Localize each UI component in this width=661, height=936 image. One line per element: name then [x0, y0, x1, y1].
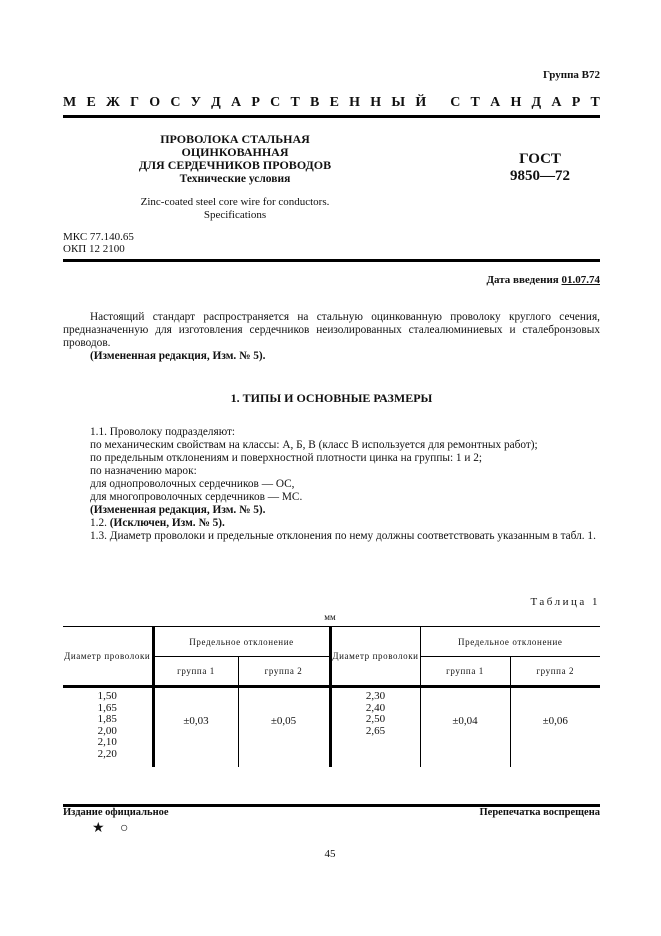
- table-units: мм: [300, 612, 360, 622]
- effective-date-label: Дата введения: [486, 274, 561, 286]
- heading-letter: Т: [290, 95, 299, 111]
- gost-label: ГОСТ: [480, 151, 600, 168]
- title-line-1: ПРОВОЛОКА СТАЛЬНАЯ ОЦИНКОВАННАЯ: [110, 133, 360, 159]
- okp-code: ОКП 12 2100: [63, 243, 134, 255]
- clause-1-2: 1.2. (Исключен, Изм. № 5).: [90, 517, 225, 530]
- heading-letter: О: [149, 95, 160, 111]
- heading-letter: [436, 95, 440, 111]
- heading-letter: М: [63, 95, 76, 111]
- heading-letter: Н: [510, 95, 521, 111]
- gost-number: 9850—72: [480, 168, 600, 185]
- heading-letter: Р: [572, 95, 581, 111]
- heading-letter: С: [450, 95, 460, 111]
- page-number: 45: [300, 848, 360, 860]
- title-block-rule: [63, 259, 600, 262]
- cell-g1-left: ±0,03: [153, 687, 238, 767]
- effective-date: Дата введения 01.07.74: [300, 274, 600, 286]
- effective-date-value: 01.07.74: [562, 274, 601, 286]
- classification-codes: МКС 77.140.65 ОКП 12 2100: [63, 231, 134, 255]
- header-group1-left: группа 1: [153, 657, 238, 687]
- group-code: Группа В72: [0, 69, 600, 81]
- heading-letter: А: [551, 95, 561, 111]
- official-edition: Издание официальное: [63, 807, 169, 818]
- heading-letter: Т: [471, 95, 480, 111]
- heading-letter: Ы: [391, 95, 405, 111]
- header-rule: [63, 115, 600, 118]
- reprint-prohibited: Перепечатка воспрещена: [300, 807, 600, 818]
- table-caption: Таблица 1: [300, 596, 600, 608]
- header-deviation-left: Предельное отклонение: [153, 627, 330, 657]
- star-circle-icon: ★ ○: [92, 820, 135, 837]
- section-heading: 1. ТИПЫ И ОСНОВНЫЕ РАЗМЕРЫ: [63, 391, 600, 406]
- cell-g2-left: ±0,05: [238, 687, 330, 767]
- heading-letter: Ж: [106, 95, 120, 111]
- intro-amendment: (Измененная редакция, Изм. № 5).: [90, 350, 265, 363]
- clause-1-1-ms: для многопроволочных сердечников — МС.: [90, 491, 302, 504]
- cell-diameters-left: 1,50 1,65 1,85 2,00 2,10 2,20: [63, 687, 153, 767]
- english-title-line-2: Specifications: [110, 209, 360, 222]
- english-title-line-1: Zinc-coated steel core wire for conducto…: [110, 196, 360, 209]
- heading-letter: Г: [130, 95, 139, 111]
- heading-letter: Д: [532, 95, 542, 111]
- clause-1-1-groups: по предельным отклонениям и поверхностно…: [90, 452, 482, 465]
- mks-code: МКС 77.140.65: [63, 231, 134, 243]
- heading-letter: А: [231, 95, 241, 111]
- header-diameter-right: Диаметр проволоки: [330, 627, 420, 687]
- table-row: 1,50 1,65 1,85 2,00 2,10 2,20 ±0,03 ±0,0…: [63, 687, 600, 767]
- heading-letter: Н: [349, 95, 360, 111]
- clause-1-3: 1.3. Диаметр проволоки и предельные откл…: [63, 530, 600, 543]
- heading-letter: Д: [211, 95, 221, 111]
- title-line-2: ДЛЯ СЕРДЕЧНИКОВ ПРОВОДОВ: [110, 159, 360, 172]
- clause-1-1-amendment: (Измененная редакция, Изм. № 5).: [90, 504, 265, 517]
- heading-letter: В: [310, 95, 319, 111]
- clause-1-1-classes: по механическим свойствам на классы: А, …: [90, 439, 538, 452]
- heading-letter: У: [191, 95, 201, 111]
- header-group2-right: группа 2: [510, 657, 600, 687]
- clause-1-1-os: для однопроволочных сердечников — ОС,: [90, 478, 294, 491]
- gost-designation: ГОСТ 9850—72: [480, 151, 600, 185]
- table-1: Диаметр проволоки Предельное отклонение …: [63, 626, 600, 767]
- intro-paragraph: Настоящий стандарт распространяется на с…: [63, 311, 600, 350]
- heading-letter: Т: [591, 95, 600, 111]
- cell-g2-right: ±0,06: [510, 687, 600, 767]
- interstate-standard-heading: МЕЖГОСУДАРСТВЕННЫЙ СТАНДАРТ: [63, 95, 600, 111]
- clause-1-2-text: (Исключен, Изм. № 5).: [110, 517, 225, 529]
- clause-1-1: 1.1. Проволоку подразделяют:: [90, 426, 235, 439]
- heading-letter: Р: [251, 95, 260, 111]
- heading-letter: Е: [86, 95, 95, 111]
- clause-1-2-number: 1.2.: [90, 517, 110, 529]
- cell-g1-right: ±0,04: [420, 687, 510, 767]
- heading-letter: Н: [370, 95, 381, 111]
- header-group1-right: группа 1: [420, 657, 510, 687]
- document-title: ПРОВОЛОКА СТАЛЬНАЯ ОЦИНКОВАННАЯ ДЛЯ СЕРД…: [110, 133, 360, 172]
- cell-diameters-right: 2,30 2,40 2,50 2,65: [330, 687, 420, 767]
- header-diameter-left: Диаметр проволоки: [63, 627, 153, 687]
- header-group2-left: группа 2: [238, 657, 330, 687]
- heading-letter: А: [490, 95, 500, 111]
- clause-1-1-grades: по назначению марок:: [90, 465, 197, 478]
- heading-letter: С: [270, 95, 280, 111]
- heading-letter: Й: [415, 95, 426, 111]
- english-title: Zinc-coated steel core wire for conducto…: [110, 196, 360, 222]
- heading-letter: С: [170, 95, 180, 111]
- heading-letter: Е: [330, 95, 339, 111]
- header-deviation-right: Предельное отклонение: [420, 627, 600, 657]
- document-subtitle: Технические условия: [110, 173, 360, 185]
